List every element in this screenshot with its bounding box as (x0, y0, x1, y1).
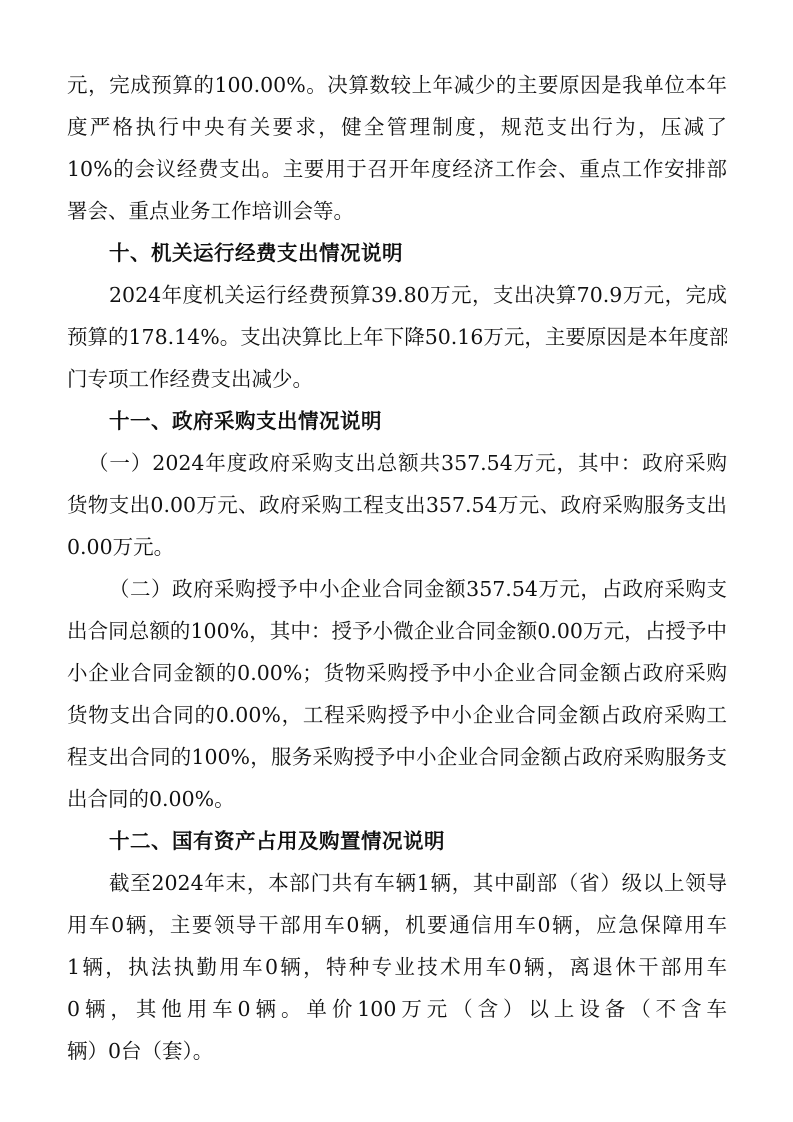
text-line: 度严格执行中央有关要求，健全管理制度，规范支出行为，压减了 (67, 106, 727, 148)
text-line: （二）政府采购授予中小企业合同金额357.54万元，占政府采购支 (67, 568, 727, 610)
text-line: 0.00万元。 (67, 526, 727, 568)
paragraph-section-10: 2024年度机关运行经费预算39.80万元，支出决算70.9万元，完成 预算的1… (67, 274, 727, 400)
text-line: 1辆，执法执勤用车0辆，特种专业技术用车0辆，离退休干部用车 (67, 946, 727, 988)
text-line: 10%的会议经费支出。主要用于召开年度经济工作会、重点工作安排部 (67, 148, 727, 190)
paragraph-section-12: 截至2024年末，本部门共有车辆1辆，其中副部（省）级以上领导 用车0辆，主要领… (67, 862, 727, 1072)
section-heading-12: 十二、国有资产占用及购置情况说明 (67, 820, 727, 862)
text-line: （一）2024年度政府采购支出总额共357.54万元，其中：政府采购 (67, 442, 727, 484)
section-heading-11: 十一、政府采购支出情况说明 (67, 400, 727, 442)
text-line: 货物支出合同的0.00%，工程采购授予中小企业合同金额占政府采购工 (67, 694, 727, 736)
text-line: 门专项工作经费支出减少。 (67, 358, 727, 400)
text-line: 0辆，其他用车0辆。单价100万元（含）以上设备（不含车 (67, 988, 727, 1030)
section-heading-10: 十、机关运行经费支出情况说明 (67, 232, 727, 274)
text-line: 预算的178.14%。支出决算比上年下降50.16万元，主要原因是本年度部 (67, 316, 727, 358)
text-line: 2024年度机关运行经费预算39.80万元，支出决算70.9万元，完成 (67, 274, 727, 316)
document-page: 元，完成预算的100.00%。决算数较上年减少的主要原因是我单位本年 度严格执行… (67, 64, 727, 1072)
paragraph-meeting-expense: 元，完成预算的100.00%。决算数较上年减少的主要原因是我单位本年 度严格执行… (67, 64, 727, 232)
text-line: 辆）0台（套）。 (67, 1030, 727, 1072)
text-line: 货物支出0.00万元、政府采购工程支出357.54万元、政府采购服务支出 (67, 484, 727, 526)
text-line: 小企业合同金额的0.00%；货物采购授予中小企业合同金额占政府采购 (67, 652, 727, 694)
text-line: 出合同总额的100%，其中：授予小微企业合同金额0.00万元，占授予中 (67, 610, 727, 652)
text-line: 截至2024年末，本部门共有车辆1辆，其中副部（省）级以上领导 (67, 862, 727, 904)
text-line: 程支出合同的100%，服务采购授予中小企业合同金额占政府采购服务支 (67, 736, 727, 778)
text-line: 用车0辆，主要领导干部用车0辆，机要通信用车0辆，应急保障用车 (67, 904, 727, 946)
text-line: 出合同的0.00%。 (67, 778, 727, 820)
text-line: 署会、重点业务工作培训会等。 (67, 190, 727, 232)
paragraph-section-11-part-2: （二）政府采购授予中小企业合同金额357.54万元，占政府采购支 出合同总额的1… (67, 568, 727, 820)
paragraph-section-11-part-1: （一）2024年度政府采购支出总额共357.54万元，其中：政府采购 货物支出0… (67, 442, 727, 568)
text-line: 元，完成预算的100.00%。决算数较上年减少的主要原因是我单位本年 (67, 64, 727, 106)
